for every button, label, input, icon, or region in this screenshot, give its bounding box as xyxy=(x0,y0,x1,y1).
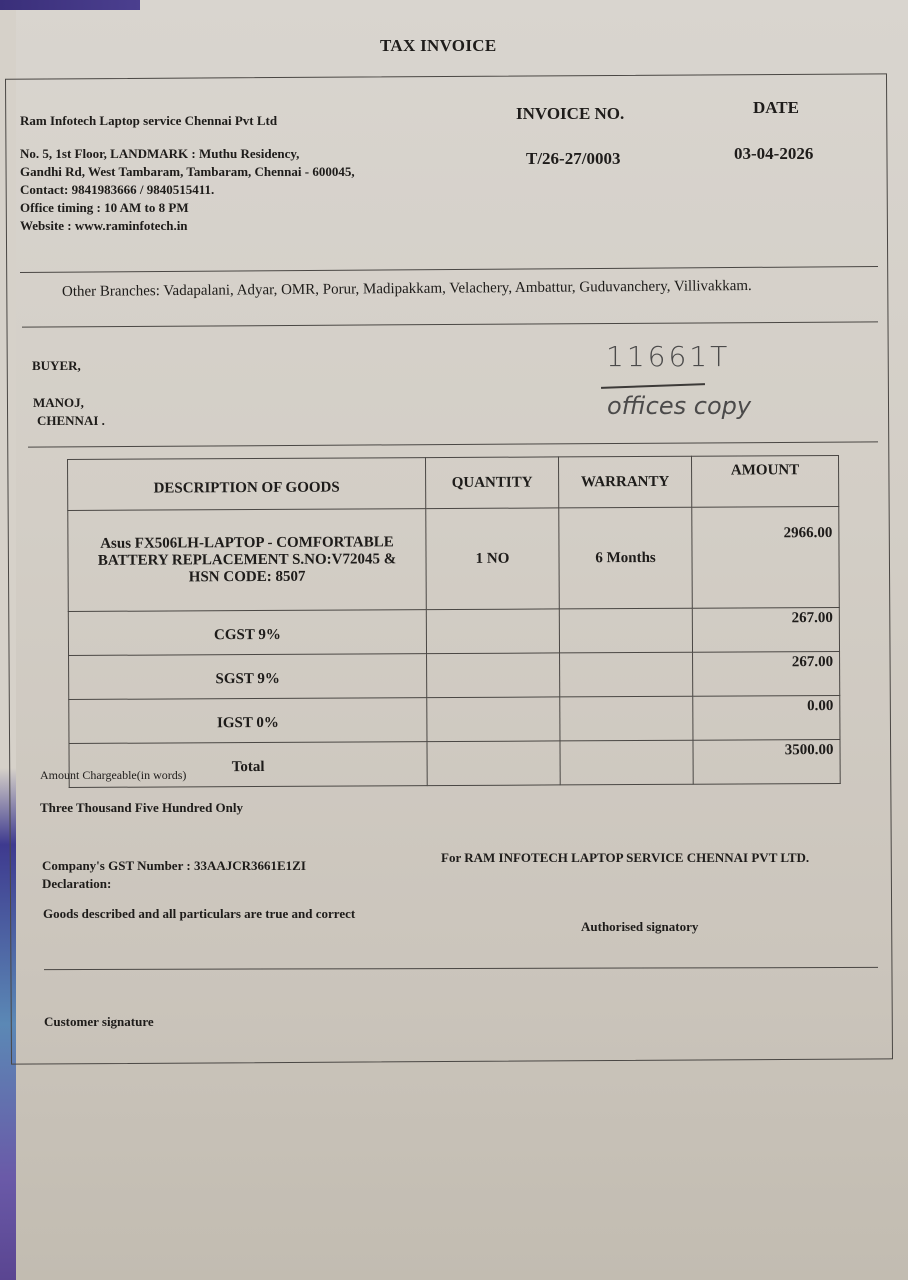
handwritten-number: 11661T xyxy=(606,340,730,373)
item-description: Asus FX506LH-LAPTOP - COMFORTABLE BATTER… xyxy=(68,509,427,612)
header-warranty: WARRANTY xyxy=(558,456,691,508)
items-table: DESCRIPTION OF GOODS QUANTITY WARRANTY A… xyxy=(67,455,841,788)
gst-block: Company's GST Number : 33AAJCR3661E1ZI D… xyxy=(42,857,306,893)
table-row: CGST 9% 267.00 xyxy=(68,607,839,655)
table-header-row: DESCRIPTION OF GOODS QUANTITY WARRANTY A… xyxy=(68,455,839,510)
invoice-date: 03-04-2026 xyxy=(734,144,813,164)
amount-in-words-label: Amount Chargeable(in words) xyxy=(40,768,186,783)
invoice-number-label: INVOICE NO. xyxy=(516,104,624,124)
item-description-line: Asus FX506LH-LAPTOP - COMFORTABLE xyxy=(74,534,419,553)
seller-address: No. 5, 1st Floor, LANDMARK : Muthu Resid… xyxy=(20,145,355,235)
for-company: For RAM INFOTECH LAPTOP SERVICE CHENNAI … xyxy=(441,850,809,866)
customer-signature: Customer signature xyxy=(44,1014,154,1030)
item-quantity: 1 NO xyxy=(426,508,560,610)
tax-amount: 0.00 xyxy=(693,695,840,740)
buyer-details: MANOJ, CHENNAI . xyxy=(33,394,105,430)
invoice-date-label: DATE xyxy=(753,98,799,118)
invoice-number: T/26-27/0003 xyxy=(526,149,620,169)
background-fabric-top xyxy=(0,0,140,10)
document-title: TAX INVOICE xyxy=(380,36,496,56)
header-quantity: QUANTITY xyxy=(425,457,558,509)
tax-label: SGST 9% xyxy=(69,654,427,700)
amount-in-words: Three Thousand Five Hundred Only xyxy=(40,800,243,816)
item-description-line: HSN CODE: 8507 xyxy=(75,568,420,587)
seller-website: Website : www.raminfotech.in xyxy=(20,217,355,235)
buyer-name: MANOJ, xyxy=(33,394,105,412)
seller-office-timing: Office timing : 10 AM to 8 PM xyxy=(20,199,355,217)
table-row: IGST 0% 0.00 xyxy=(69,695,840,743)
declaration-text: Goods described and all particulars are … xyxy=(43,906,355,922)
header-description: DESCRIPTION OF GOODS xyxy=(68,458,426,511)
tax-amount: 267.00 xyxy=(693,651,840,696)
item-warranty: 6 Months xyxy=(559,507,693,609)
item-amount: 2966.00 xyxy=(692,506,840,608)
item-description-line: BATTERY REPLACEMENT S.NO:V72045 & xyxy=(74,551,419,570)
total-amount: 3500.00 xyxy=(693,739,840,784)
seller-name: Ram Infotech Laptop service Chennai Pvt … xyxy=(20,113,277,129)
authorised-signatory: Authorised signatory xyxy=(581,919,698,935)
header-amount: AMOUNT xyxy=(691,455,838,507)
buyer-city: CHENNAI . xyxy=(33,412,105,430)
seller-address-line2: Gandhi Rd, West Tambaram, Tambaram, Chen… xyxy=(20,163,355,181)
buyer-label: BUYER, xyxy=(32,358,81,374)
tax-label: IGST 0% xyxy=(69,698,427,744)
table-row: SGST 9% 267.00 xyxy=(69,651,840,699)
tax-amount: 267.00 xyxy=(692,607,839,652)
table-row: Asus FX506LH-LAPTOP - COMFORTABLE BATTER… xyxy=(68,506,840,611)
gst-number: Company's GST Number : 33AAJCR3661E1ZI xyxy=(42,857,306,875)
declaration-label: Declaration: xyxy=(42,875,306,893)
tax-label: CGST 9% xyxy=(68,610,426,656)
handwritten-note: offices copy xyxy=(607,392,751,420)
seller-address-line1: No. 5, 1st Floor, LANDMARK : Muthu Resid… xyxy=(20,145,355,163)
seller-contact: Contact: 9841983666 / 9840515411. xyxy=(20,181,355,199)
